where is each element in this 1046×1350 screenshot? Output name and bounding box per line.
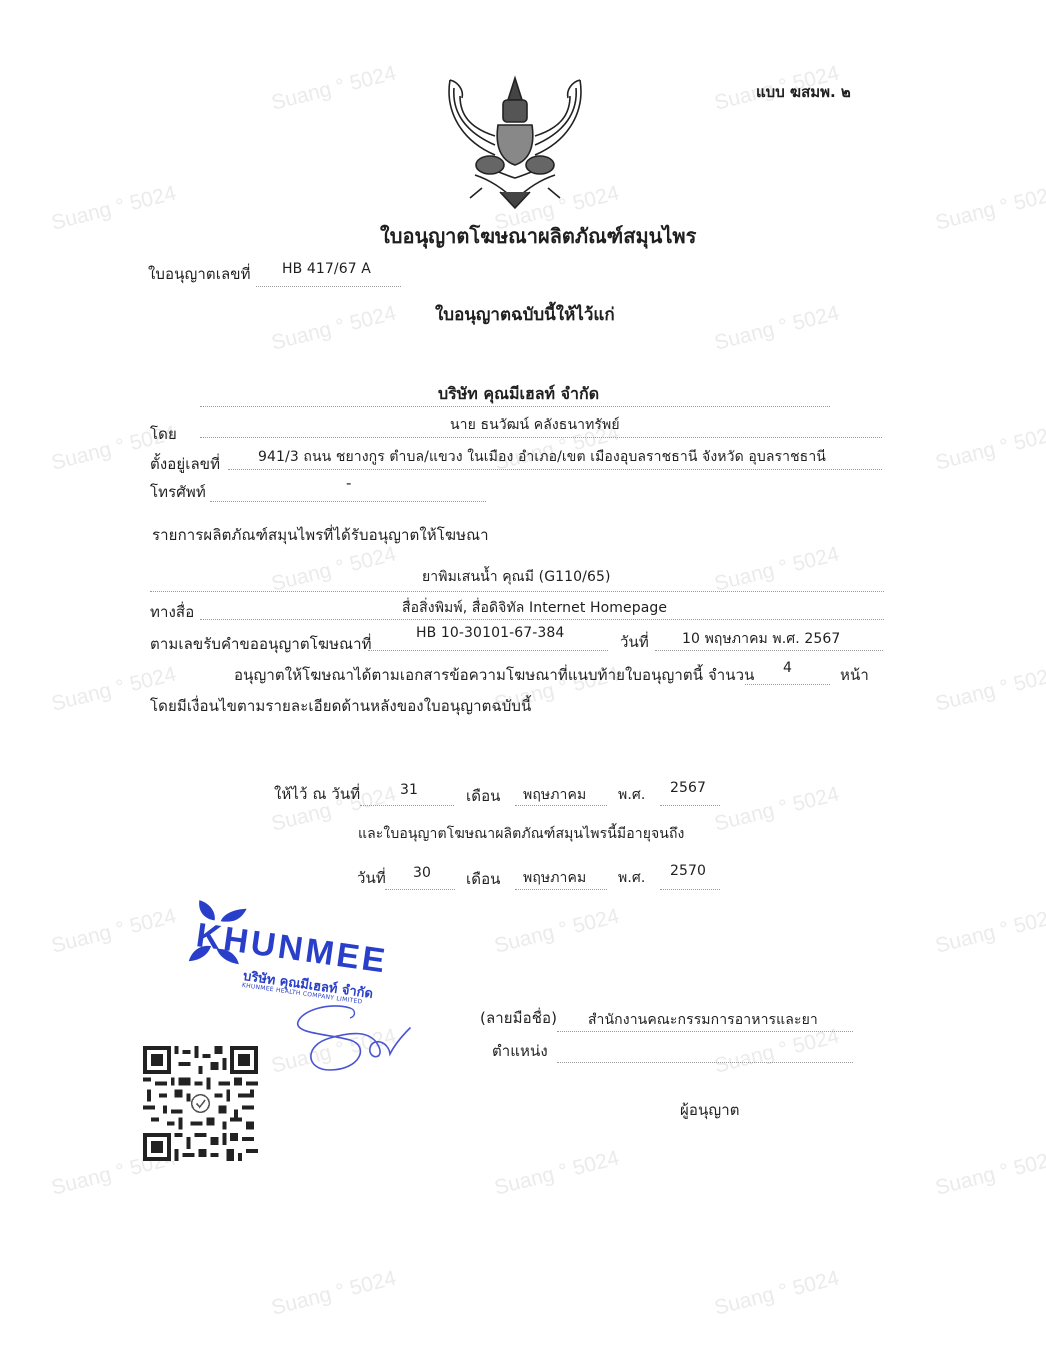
expiry-day: 30 [413, 865, 431, 881]
watermark: Suang ° 5024 [712, 543, 842, 597]
sign-value: สำนักงานคณะกรรมการอาหารและยา [588, 1009, 818, 1031]
product-name: ยาพิมเสนน้ำ คุณมี (G110/65) [422, 566, 611, 588]
watermark: Suang ° 5024 [933, 663, 1046, 717]
watermark: Suang ° 5024 [269, 302, 399, 356]
watermark: Suang ° 5024 [49, 905, 179, 959]
issued-month-label: เดือน [466, 784, 501, 808]
watermark: Suang ° 5024 [933, 1147, 1046, 1201]
request-date-label: วันที่ [620, 630, 649, 654]
expiry-year-label: พ.ศ. [618, 867, 645, 889]
form-code: แบบ ฆสมพ. ๒ [756, 80, 851, 104]
license-no-label: ใบอนุญาตเลขที่ [148, 262, 251, 286]
pages-value: 4 [783, 660, 792, 676]
issued-label: ให้ไว้ ณ วันที่ [274, 782, 360, 806]
issued-year-label: พ.ศ. [618, 784, 645, 806]
watermark: Suang ° 5024 [712, 302, 842, 356]
products-heading: รายการผลิตภัณฑ์สมุนไพรที่ได้รับอนุญาตให้… [152, 523, 489, 547]
address-label: ตั้งอยู่เลขที่ [150, 452, 220, 476]
media-label: ทางสื่อ [150, 600, 194, 624]
watermark: Suang ° 5024 [712, 1025, 842, 1079]
garuda-emblem-icon [440, 70, 590, 210]
watermark: Suang ° 5024 [712, 1267, 842, 1321]
watermark: Suang ° 5024 [269, 62, 399, 116]
address-value: 941/3 ถนน ชยางกูร ตำบล/แขวง ในเมือง อำเภ… [258, 446, 826, 468]
position-label: ตำแหน่ง [492, 1039, 548, 1063]
watermark: Suang ° 5024 [933, 182, 1046, 236]
issued-month: พฤษภาคม [523, 784, 586, 806]
media-value: สื่อสิ่งพิมพ์, สื่อดิจิทัล Internet Home… [402, 597, 667, 619]
by-value: นาย ธนวัฒน์ คลังธนาทรัพย์ [450, 414, 620, 436]
request-value: HB 10-30101-67-384 [416, 625, 564, 641]
approver-role: ผู้อนุญาต [680, 1098, 740, 1122]
allow-text: อนุญาตให้โฆษณาได้ตามเอกสารข้อความโฆษณาที… [234, 663, 755, 687]
watermark: Suang ° 5024 [492, 1147, 622, 1201]
watermark: Suang ° 5024 [933, 422, 1046, 476]
issued-year: 2567 [670, 780, 706, 796]
pages-unit: หน้า [840, 663, 869, 687]
request-date-value: 10 พฤษภาคม พ.ศ. 2567 [682, 628, 840, 650]
document-title: ใบอนุญาตโฆษณาผลิตภัณฑ์สมุนไพร [380, 220, 696, 252]
sign-label: (ลายมือชื่อ) [480, 1006, 557, 1030]
request-label: ตามเลขรับคำขออนุญาตโฆษณาที่ [150, 632, 372, 656]
watermark: Suang ° 5024 [492, 905, 622, 959]
expiry-month-label: เดือน [466, 867, 501, 891]
watermark: Suang ° 5024 [269, 543, 399, 597]
expiry-label: วันที่ [357, 866, 386, 890]
watermark: Suang ° 5024 [49, 182, 179, 236]
phone-label: โทรศัพท์ [150, 480, 206, 504]
watermark: Suang ° 5024 [712, 783, 842, 837]
qr-code-icon[interactable] [143, 1046, 258, 1161]
expiry-month: พฤษภาคม [523, 867, 586, 889]
validity-text: และใบอนุญาตโฆษณาผลิตภัณฑ์สมุนไพรนี้มีอาย… [358, 823, 685, 845]
company-name: บริษัท คุณมีเฮลท์ จำกัด [438, 382, 599, 407]
conditions-text: โดยมีเงื่อนไขตามรายละเอียดด้านหลังของใบอ… [150, 694, 531, 718]
watermark: Suang ° 5024 [269, 1267, 399, 1321]
expiry-year: 2570 [670, 863, 706, 879]
by-label: โดย [150, 422, 177, 446]
issued-day: 31 [400, 782, 418, 798]
signature-scribble [290, 1000, 420, 1080]
license-no-value: HB 417/67 A [282, 261, 371, 277]
watermark: Suang ° 5024 [933, 905, 1046, 959]
granted-to-heading: ใบอนุญาตฉบับนี้ให้ไว้แก่ [435, 301, 615, 328]
phone-value: - [346, 474, 352, 492]
